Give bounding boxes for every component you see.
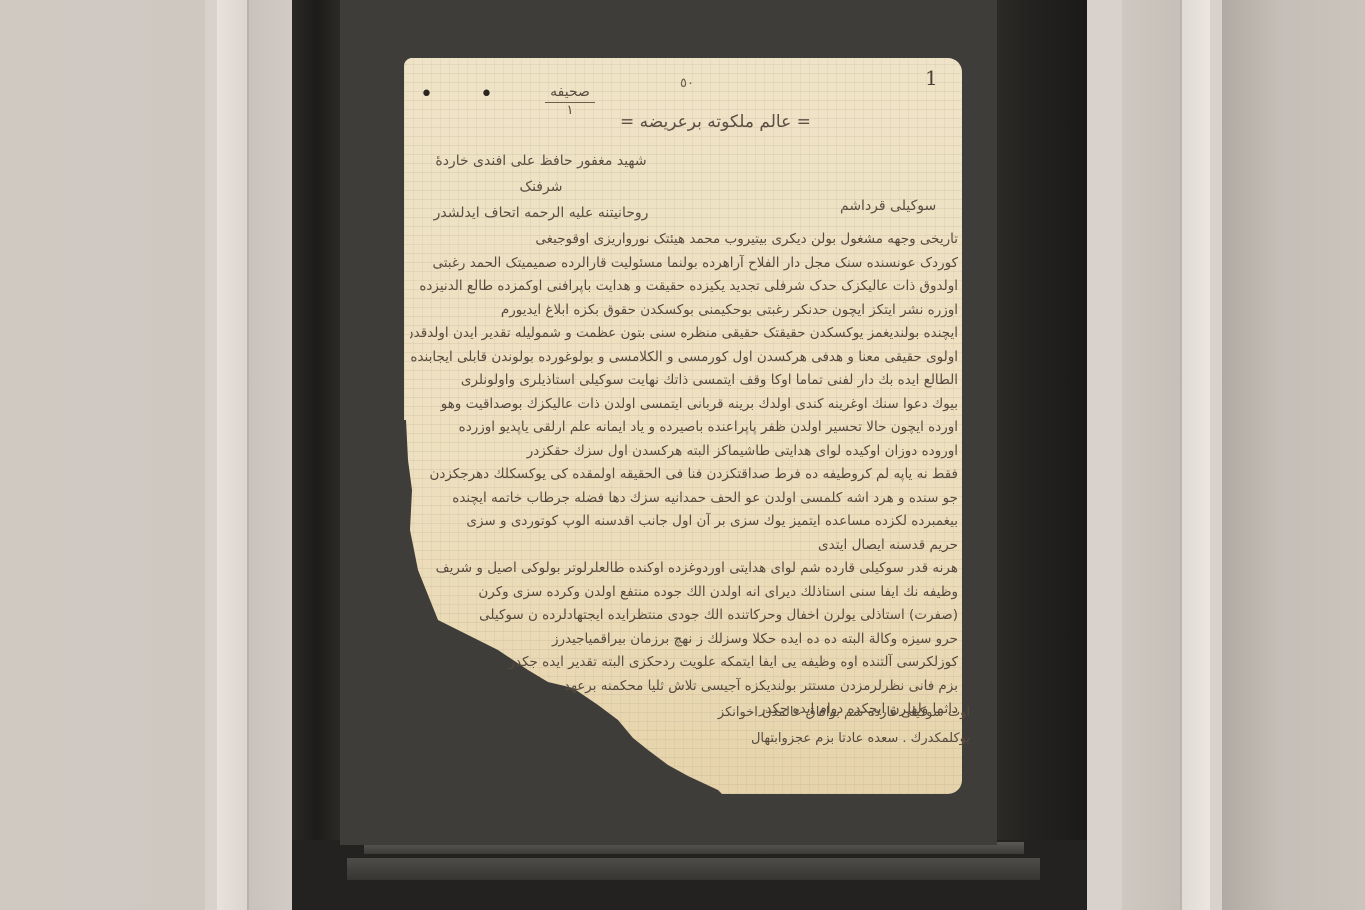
closing-line: یوکلمکدرك . سعده عادتا بزم عجزوابتهال	[600, 726, 970, 752]
body-line: بیوك دعوا سنك اوغرینه کندی اولدك برینه ق…	[410, 393, 958, 417]
salutation: سوکیلی قرداشم	[840, 198, 936, 214]
body-line: فقط نه یاپه لم کروطیفه ده فرط صداقتکزدن …	[410, 463, 958, 487]
closing-line: اوت سوکیلی قارده شم بوافاق عالمدن اخوانک…	[600, 700, 970, 726]
body-line: اورده ایچون حالا تحسیر اولدن ظفر پاپراعن…	[410, 416, 958, 440]
body-line: بزم فانی نظرلرمزدن مستتر بولندیکزه آجیسی…	[410, 675, 958, 699]
outer-frame-right-inner	[1122, 0, 1180, 910]
body-line: (صفرت) استاذلی یولرن اخفال وحرکاتنده الك…	[410, 604, 958, 628]
body-line: اولدوق ذات عالیکزک حدک شرفلی تجدید یکیزد…	[410, 275, 958, 299]
wall-left	[0, 0, 205, 910]
body-line: کوزلکرسی آلتنده اوه وظیفه یی ایفا ایتمکه…	[410, 651, 958, 675]
sahife-label: صحیفه	[550, 84, 590, 100]
frame-bottom-rail-lower	[347, 858, 1040, 880]
wall-right	[1222, 0, 1365, 910]
body-line: حریم قدسنه ایصال ایتدی	[410, 534, 958, 558]
letter-title: = عالم ملکوته برعریضه =	[620, 112, 811, 132]
page-label: صحیفه ١	[545, 84, 595, 118]
letter-body: تاریخی وجهه مشغول بولن دیکری بیتیروب محم…	[410, 228, 958, 722]
frame-bevel-right	[997, 0, 1087, 910]
body-line: جو سنده و هرد اشه کلمسی اولدن عو الحف حم…	[410, 487, 958, 511]
outer-frame-right-lip	[1180, 0, 1210, 910]
body-line: حرو سیزه وکالة البته ده ده ایده حکلا وسز…	[410, 628, 958, 652]
body-line: هرنه قدر سوکیلی قارده شم لوای هدایتی اور…	[410, 557, 958, 581]
frame-bevel-left	[292, 0, 340, 910]
body-line: اوزره نشر ایتکز ایچون حدنکر رغبتی بوحکیم…	[410, 299, 958, 323]
body-line: بیغمبرده لکزده مساعده ایتمیز یوك سزی بر …	[410, 510, 958, 534]
outer-frame-left-inner	[249, 0, 296, 910]
body-line: الطالع ایده بك دار لفنی تماما اوکا وقف ا…	[410, 369, 958, 393]
body-line: ایچنده بولندیغمز یوکسکدن حقیقتک حقیقی من…	[410, 322, 958, 346]
body-line: اوروده دوزان اوکیده لوای هدایتی طاشیماکز…	[410, 440, 958, 464]
letter-closing: اوت سوکیلی قارده شم بوافاق عالمدن اخوانک…	[600, 700, 970, 752]
ink-marks: • •	[420, 82, 513, 107]
page-number: 1	[925, 66, 938, 90]
dedication-line: شهید مغفور حافظ علی افندی خاردهٔ شرفنک	[426, 148, 656, 200]
body-line: اولوی حقیقی معنا و هدفی هرکسدن اول کورمس…	[410, 346, 958, 370]
body-line: وظیفه نك ایفا سنی استاذلك دیرای انه اولد…	[410, 581, 958, 605]
top-number: ٥٠	[680, 76, 694, 91]
body-line: تاریخی وجهه مشغول بولن دیکری بیتیروب محم…	[410, 228, 958, 252]
sahife-number: ١	[545, 103, 595, 118]
dedication: شهید مغفور حافظ علی افندی خاردهٔ شرفنک ر…	[426, 148, 656, 226]
body-line: کوردک عونسنده سنک مجل دار الفلاح آراهرده…	[410, 252, 958, 276]
dedication-line: روحانیتنه علیه الرحمه اتحاف ایدلشدر	[426, 200, 656, 226]
outer-frame-left-lip	[217, 0, 249, 910]
